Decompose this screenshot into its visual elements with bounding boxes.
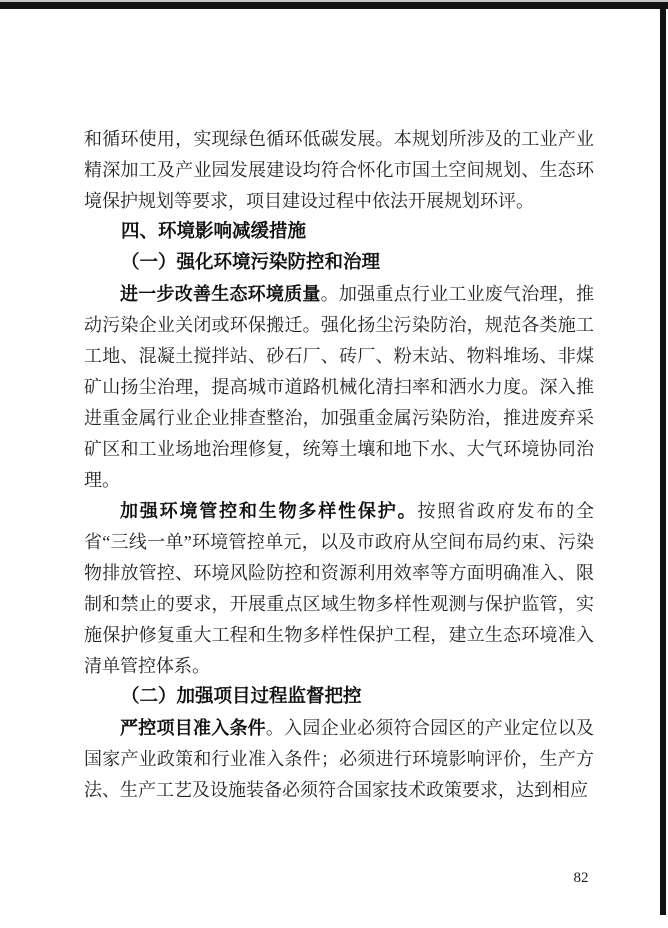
paragraph-continuation: 和循环使用，实现绿色循环低碳发展。本规划所涉及的工业产业精深加工及产业园发展建设… bbox=[84, 124, 594, 217]
paragraph-text: 和循环使用，实现绿色循环低碳发展。本规划所涉及的工业产业精深加工及产业园发展建设… bbox=[84, 129, 594, 211]
scanned-document-page: 和循环使用，实现绿色循环低碳发展。本规划所涉及的工业产业精深加工及产业园发展建设… bbox=[0, 0, 668, 928]
paragraph-lead: 加强环境管控和生物多样性保护。 bbox=[120, 501, 417, 521]
paragraph-text: 。加强重点行业工业废气治理，推动污染企业关闭或环保搬迁。强化扬尘污染防治，规范各… bbox=[84, 284, 594, 490]
paragraph-eco-quality: 进一步改善生态环境质量。加强重点行业工业废气治理，推动污染企业关闭或环保搬迁。强… bbox=[84, 279, 594, 496]
section-heading-env-mitigation: 四、环境影响减缓措施 bbox=[84, 217, 594, 248]
page-number: 82 bbox=[566, 870, 596, 887]
paragraph-project-access: 严控项目准入条件。入园企业必须符合园区的产业定位以及国家产业政策和行业准入条件；… bbox=[84, 713, 594, 806]
scan-top-edge bbox=[0, 2, 668, 9]
paragraph-lead: 进一步改善生态环境质量 bbox=[120, 284, 321, 304]
document-text-block: 和循环使用，实现绿色循环低碳发展。本规划所涉及的工业产业精深加工及产业园发展建设… bbox=[84, 124, 594, 806]
subsection-heading-project-supervision: （二）加强项目过程监督把控 bbox=[84, 682, 594, 713]
paragraph-text: 按照省政府发布的全省“三线一单”环境管控单元，以及市政府从空间布局约束、污染物排… bbox=[84, 501, 594, 676]
paragraph-lead: 严控项目准入条件 bbox=[120, 718, 266, 738]
paragraph-env-management: 加强环境管控和生物多样性保护。按照省政府发布的全省“三线一单”环境管控单元，以及… bbox=[84, 496, 594, 682]
subsection-heading-pollution-control: （一）强化环境污染防控和治理 bbox=[84, 248, 594, 279]
scan-right-edge bbox=[660, 2, 666, 915]
